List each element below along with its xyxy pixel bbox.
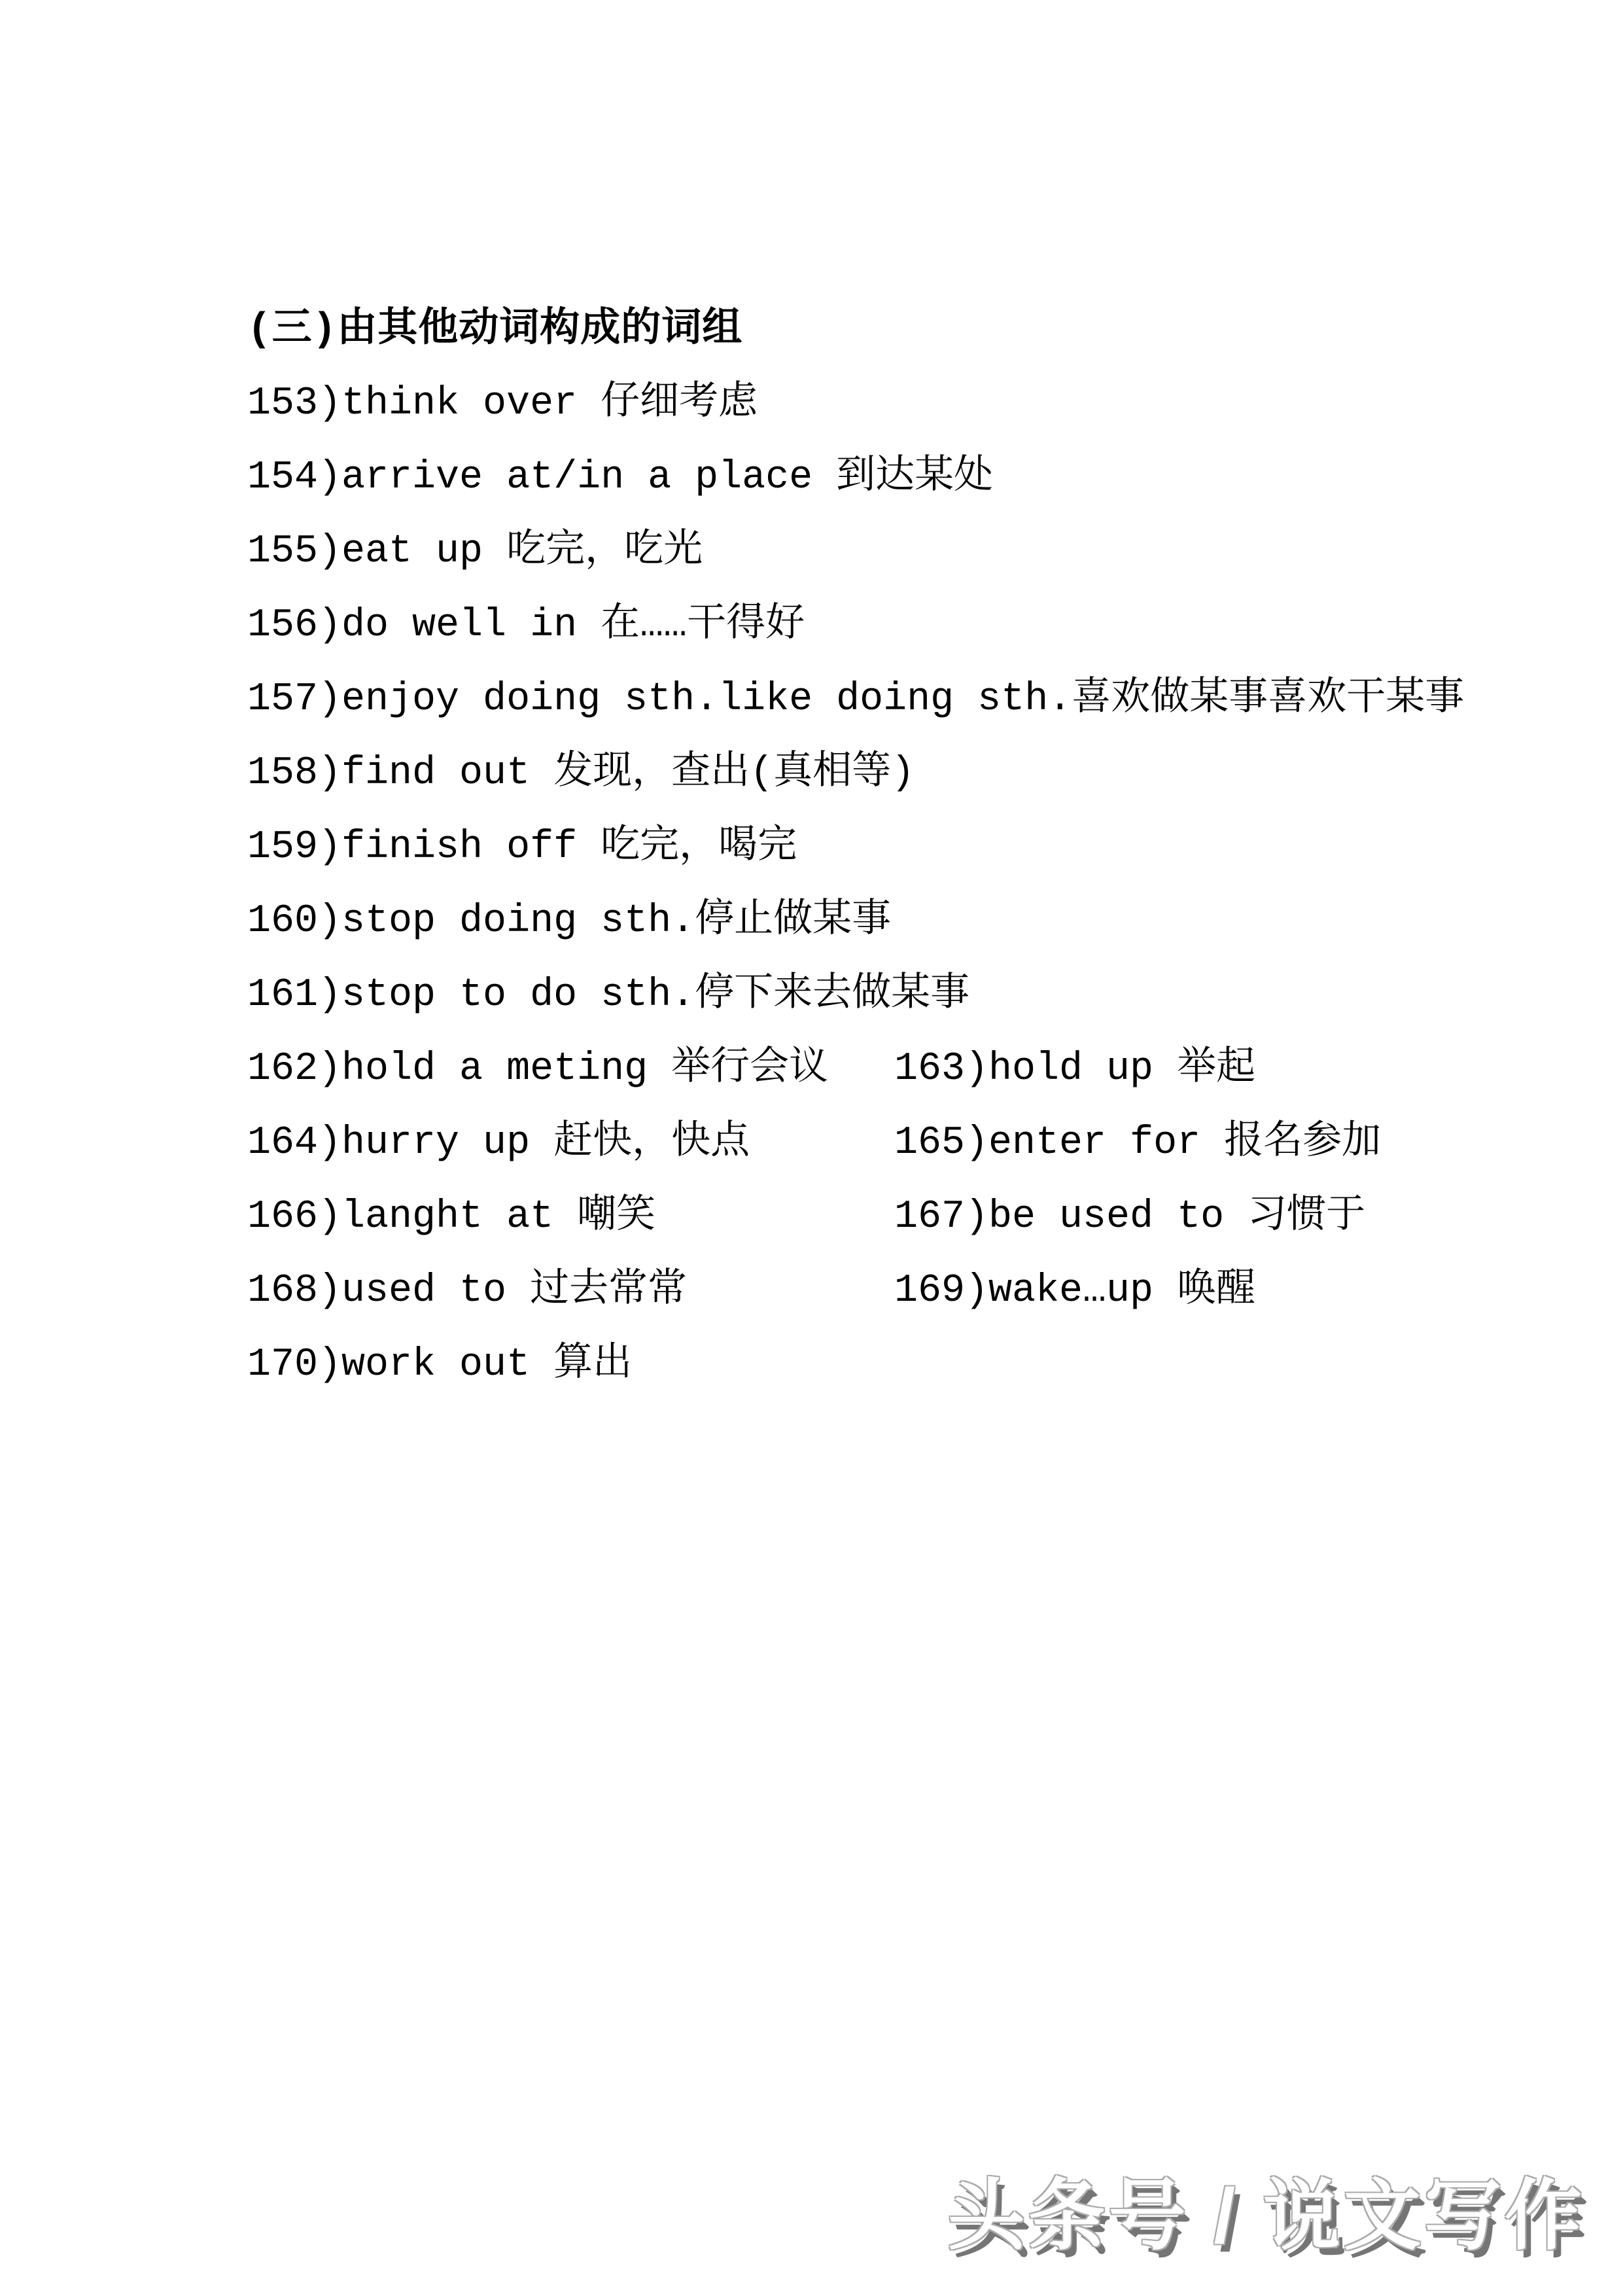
list-item-row: 160)stop doing sth.停止做某事: [247, 885, 1399, 959]
section-heading: (三)由其他动词构成的词组: [247, 293, 1399, 367]
phrase-item: 157)enjoy doing sth.like doing sth.喜欢做某事…: [247, 663, 1464, 737]
watermark: 头条号 / 说文写作: [948, 2153, 1585, 2265]
list-item-row: 164)hurry up 赶快，快点 165)enter for 报名参加: [247, 1106, 1399, 1180]
phrase-item: 162)hold a meting 举行会议: [247, 1033, 894, 1106]
phrase-item: 166)langht at 嘲笑: [247, 1180, 894, 1254]
list-item-row: 156)do well in 在……干得好: [247, 589, 1399, 663]
list-item-row: 157)enjoy doing sth.like doing sth.喜欢做某事…: [247, 663, 1399, 737]
document-page: { "document": { "background_color": "#ff…: [0, 0, 1623, 2296]
phrase-item: 158)find out 发现，查出(真相等): [247, 737, 915, 811]
phrase-item: 160)stop doing sth.停止做某事: [247, 885, 891, 959]
phrase-item: 163)hold up 举起: [894, 1033, 1255, 1106]
phrase-item: 169)wake…up 唤醒: [894, 1254, 1255, 1328]
list-item-row: 155)eat up 吃完，吃光: [247, 515, 1399, 589]
phrase-item: 154)arrive at/in a place 到达某处: [247, 441, 993, 515]
list-item-row: 161)stop to do sth.停下来去做某事: [247, 959, 1399, 1033]
list-item-row: 158)find out 发现，查出(真相等): [247, 737, 1399, 811]
phrase-item: 153)think over 仔细考虑: [247, 367, 758, 441]
phrase-item: 165)enter for 报名参加: [894, 1106, 1381, 1180]
phrase-item: 156)do well in 在……干得好: [247, 589, 805, 663]
phrase-item: 164)hurry up 赶快，快点: [247, 1106, 894, 1180]
list-item-row: 168)used to 过去常常 169)wake…up 唤醒: [247, 1254, 1399, 1328]
phrase-item: 168)used to 过去常常: [247, 1254, 894, 1328]
list-item-row: 154)arrive at/in a place 到达某处: [247, 441, 1399, 515]
phrase-item: 155)eat up 吃完，吃光: [247, 515, 703, 589]
phrase-item: 159)finish off 吃完，喝完: [247, 811, 797, 885]
phrase-item: 161)stop to do sth.停下来去做某事: [247, 959, 969, 1033]
list-item-row: 166)langht at 嘲笑 167)be used to 习惯于: [247, 1180, 1399, 1254]
phrase-item: 170)work out 算出: [247, 1328, 632, 1402]
list-item-row: 153)think over 仔细考虑: [247, 367, 1399, 441]
list-item-row: 159)finish off 吃完，喝完: [247, 811, 1399, 885]
list-item-row: 162)hold a meting 举行会议 163)hold up 举起: [247, 1033, 1399, 1106]
phrase-list-section: (三)由其他动词构成的词组 153)think over 仔细考虑 154)ar…: [247, 293, 1399, 1402]
list-item-row: 170)work out 算出: [247, 1328, 1399, 1402]
phrase-item: 167)be used to 习惯于: [894, 1180, 1365, 1254]
